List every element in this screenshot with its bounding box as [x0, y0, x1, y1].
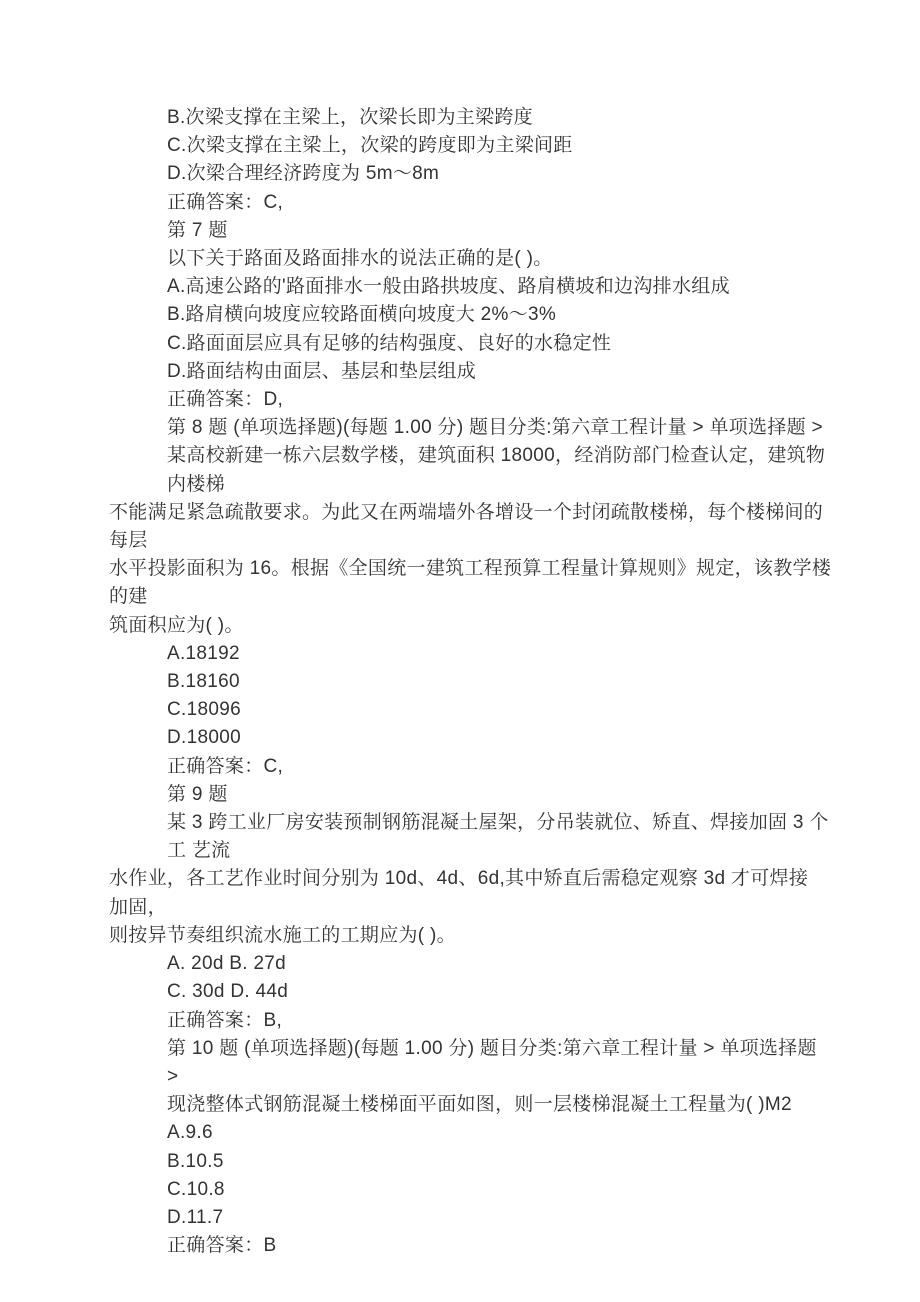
option-line: D.次梁合理经济跨度为 5m～8m	[109, 160, 833, 188]
answer-line: 正确答案：B,	[109, 1007, 833, 1035]
answer-line: 正确答案：D,	[109, 386, 833, 414]
question-stem-line: 水平投影面积为 16。根据《全国统一建筑工程预算工程量计算规则》规定，该教学楼的…	[109, 555, 833, 611]
answer-line: 正确答案：B	[109, 1232, 833, 1260]
document-page: B.次梁支撑在主梁上，次梁长即为主梁跨度C.次梁支撑在主梁上，次梁的跨度即为主梁…	[0, 0, 920, 1302]
question-stem-line: 现浇整体式钢筋混凝土楼梯面平面如图，则一层楼梯混凝土工程量为( )M2	[109, 1091, 833, 1119]
option-line: B.次梁支撑在主梁上，次梁长即为主梁跨度	[109, 104, 833, 132]
option-line: D.18000	[109, 724, 833, 752]
question-stem-line: 某 3 跨工业厂房安装预制钢筋混凝土屋架，分吊装就位、矫直、焊接加固 3 个工 …	[109, 809, 833, 865]
question-stem-line: 以下关于路面及路面排水的说法正确的是( )。	[109, 245, 833, 273]
question-heading-line: 第 8 题 (单项选择题)(每题 1.00 分) 题目分类:第六章工程计量 > …	[109, 414, 833, 442]
option-line: C.次梁支撑在主梁上，次梁的跨度即为主梁间距	[109, 132, 833, 160]
question-number-heading: 第 9 题	[109, 781, 833, 809]
question-stem-line: 筑面积应为( )。	[109, 612, 833, 640]
question-stem-line: 水作业，各工艺作业时间分别为 10d、4d、6d,其中矫直后需稳定观察 3d 才…	[109, 865, 833, 921]
option-line: A. 20d B. 27d	[109, 950, 833, 978]
answer-line: 正确答案：C,	[109, 753, 833, 781]
option-line: B.10.5	[109, 1148, 833, 1176]
option-line: A.18192	[109, 640, 833, 668]
option-line: B.18160	[109, 668, 833, 696]
option-line: C.10.8	[109, 1176, 833, 1204]
option-line: C.路面面层应具有足够的结构强度、良好的水稳定性	[109, 330, 833, 358]
option-line: A.9.6	[109, 1119, 833, 1147]
document-text-block: B.次梁支撑在主梁上，次梁长即为主梁跨度C.次梁支撑在主梁上，次梁的跨度即为主梁…	[109, 104, 833, 1260]
question-number-heading: 第 7 题	[109, 217, 833, 245]
option-line: D.11.7	[109, 1204, 833, 1232]
option-line: C.18096	[109, 696, 833, 724]
question-heading-line: 第 10 题 (单项选择题)(每题 1.00 分) 题目分类:第六章工程计量 >…	[109, 1035, 833, 1091]
answer-line: 正确答案：C,	[109, 189, 833, 217]
question-stem-line: 某高校新建一栋六层数学楼，建筑面积 18000，经消防部门检查认定，建筑物内楼梯	[109, 442, 833, 498]
question-stem-line: 不能满足紧急疏散要求。为此又在两端墙外各增设一个封闭疏散楼梯，每个楼梯间的每层	[109, 499, 833, 555]
option-line: C. 30d D. 44d	[109, 978, 833, 1006]
question-stem-line: 则按异节奏组织流水施工的工期应为( )。	[109, 922, 833, 950]
option-line: D.路面结构由面层、基层和垫层组成	[109, 358, 833, 386]
option-line: A.高速公路的'路面排水一般由路拱坡度、路肩横坡和边沟排水组成	[109, 273, 833, 301]
option-line: B.路肩横向坡度应较路面横向坡度大 2%～3%	[109, 301, 833, 329]
